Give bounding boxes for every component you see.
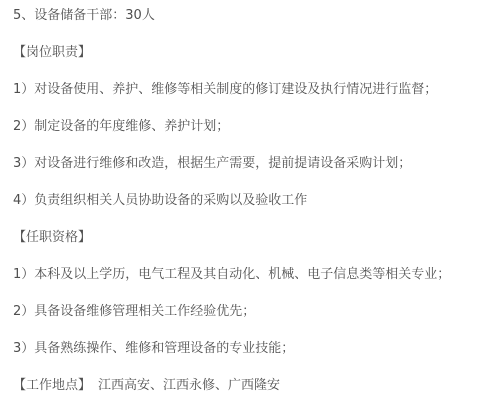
job-posting-document: 5、设备储备干部：30人 【岗位职责】 1）对设备使用、养护、维修等相关制度的修… xyxy=(0,0,493,393)
responsibility-item-4: 4）负责组织相关人员协助设备的采购以及验收工作 xyxy=(13,194,481,208)
work-location-heading: 【工作地点】 xyxy=(13,378,91,393)
qualifications-heading: 【任职资格】 xyxy=(13,231,481,245)
work-location-text: 江西高安、江西永修、广西隆安 xyxy=(98,378,280,393)
responsibilities-heading: 【岗位职责】 xyxy=(13,46,481,60)
responsibility-item-3: 3）对设备进行维修和改造，根据生产需要，提前提请设备采购计划； xyxy=(13,157,481,171)
responsibility-item-2: 2）制定设备的年度维修、养护计划； xyxy=(13,120,481,134)
work-location-line: 【工作地点】江西高安、江西永修、广西隆安 xyxy=(13,379,481,393)
qualification-item-3: 3）具备熟练操作、维修和管理设备的专业技能； xyxy=(13,342,481,356)
qualification-item-1: 1）本科及以上学历，电气工程及其自动化、机械、电子信息类等相关专业； xyxy=(13,268,481,282)
position-title: 5、设备储备干部：30人 xyxy=(13,9,481,23)
responsibility-item-1: 1）对设备使用、养护、维修等相关制度的修订建设及执行情况进行监督； xyxy=(13,83,481,97)
qualification-item-2: 2）具备设备维修管理相关工作经验优先； xyxy=(13,305,481,319)
